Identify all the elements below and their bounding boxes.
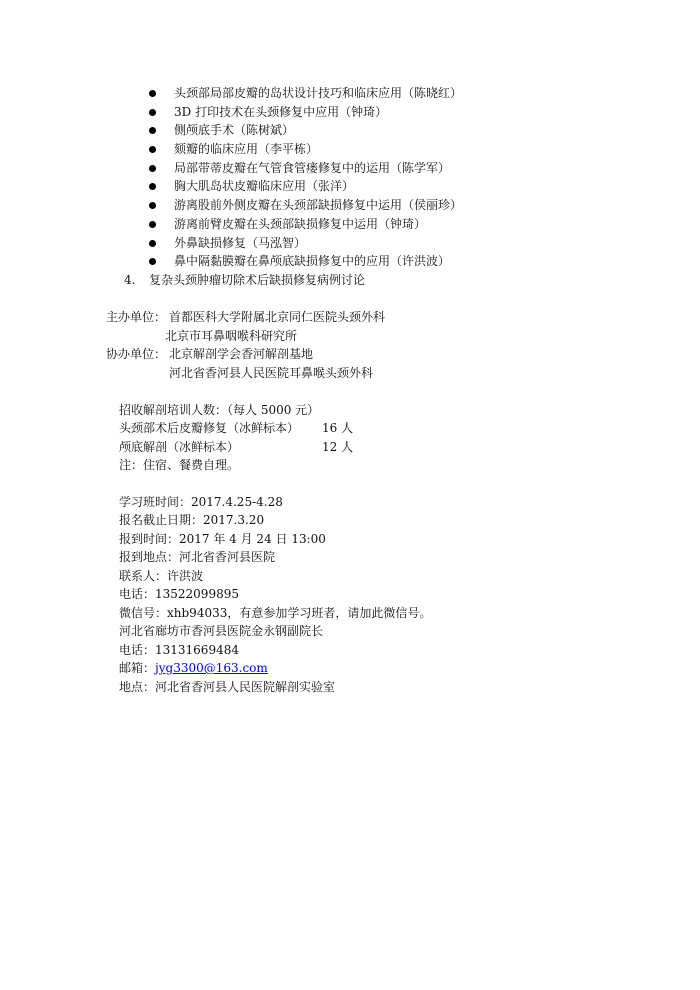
- list-item: 游离股前外侧皮瓣在头颈部缺损修复中运用（侯丽珍）: [174, 197, 462, 213]
- host-org-1: 首都医科大学附属北京同仁医院头颈外科: [169, 309, 385, 325]
- enrollment-row-name: 颅底解剖（冰鲜标本）: [119, 439, 239, 455]
- list-item: 游离前臂皮瓣在头颈部缺损修复中运用（钟琦）: [174, 216, 426, 232]
- list-item: 外鼻缺损修复（马泓智）: [174, 235, 306, 251]
- contact-person: 联系人：许洪波: [119, 568, 203, 584]
- bullet-icon: [149, 183, 156, 190]
- enrollment-row-name: 头颈部术后皮瓣修复（冰鲜标本）: [119, 420, 299, 436]
- email-label: 邮箱：: [119, 661, 155, 675]
- list-item: 局部带蒂皮瓣在气管食管瘘修复中的运用（陈学军）: [174, 160, 450, 176]
- phone-2: 电话：13131669484: [119, 642, 239, 658]
- email-row: 邮箱：jyg3300@163.com: [119, 660, 268, 676]
- bullet-icon: [149, 109, 156, 116]
- email-link[interactable]: jyg3300@163.com: [155, 661, 268, 675]
- enrollment-title: 招收解剖培训人数：（每人 5000 元）: [119, 402, 319, 418]
- vice-president: 河北省廊坊市香河县医院金永钢副院长: [119, 623, 323, 639]
- bullet-icon: [149, 90, 156, 97]
- bullet-icon: [149, 240, 156, 247]
- list-item: 3D 打印技术在头颈修复中应用（钟琦）: [174, 104, 387, 120]
- host-org-2: 北京市耳鼻咽喉科研究所: [165, 328, 297, 344]
- location: 地点：河北省香河县人民医院解剖实验室: [119, 679, 335, 695]
- co-org-1: 北京解剖学会香河解剖基地: [169, 346, 313, 362]
- bullet-icon: [149, 258, 156, 265]
- enrollment-row-count: 16 人: [322, 420, 353, 436]
- numbered-item-text: 复杂头颈肿瘤切除术后缺损修复病例讨论: [149, 272, 365, 288]
- phone-1: 电话：13522099895: [119, 586, 239, 602]
- bullet-icon: [149, 146, 156, 153]
- list-item: 鼻中隔黏膜瓣在鼻颅底缺损修复中的应用（许洪波）: [174, 253, 450, 269]
- checkin-place: 报到地点：河北省香河县医院: [119, 549, 275, 565]
- list-item: 胸大肌岛状皮瓣临床应用（张洋）: [174, 178, 354, 194]
- list-item: 侧颅底手术（陈树斌）: [174, 122, 294, 138]
- bullet-icon: [149, 221, 156, 228]
- bullet-icon: [149, 202, 156, 209]
- host-label: 主办单位：: [106, 309, 166, 325]
- deadline: 报名截止日期：2017.3.20: [119, 512, 264, 528]
- checkin-time: 报到时间：2017 年 4 月 24 日 13:00: [119, 531, 326, 547]
- co-org-2: 河北省香河县人民医院耳鼻喉头颈外科: [169, 365, 373, 381]
- list-item: 颏瓣的临床应用（李平栋）: [174, 141, 318, 157]
- co-label: 协办单位：: [106, 346, 166, 362]
- list-item: 头颈部局部皮瓣的岛状设计技巧和临床应用（陈晓红）: [174, 85, 462, 101]
- enrollment-row-count: 12 人: [322, 439, 353, 455]
- bullet-icon: [149, 127, 156, 134]
- wechat: 微信号：xhb94033，有意参加学习班者，请加此微信号。: [119, 605, 431, 621]
- numbered-item-number: 4.: [124, 272, 135, 288]
- enrollment-note: 注：住宿、餐费自理。: [119, 457, 239, 473]
- class-time: 学习班时间：2017.4.25-4.28: [119, 494, 283, 510]
- bullet-icon: [149, 165, 156, 172]
